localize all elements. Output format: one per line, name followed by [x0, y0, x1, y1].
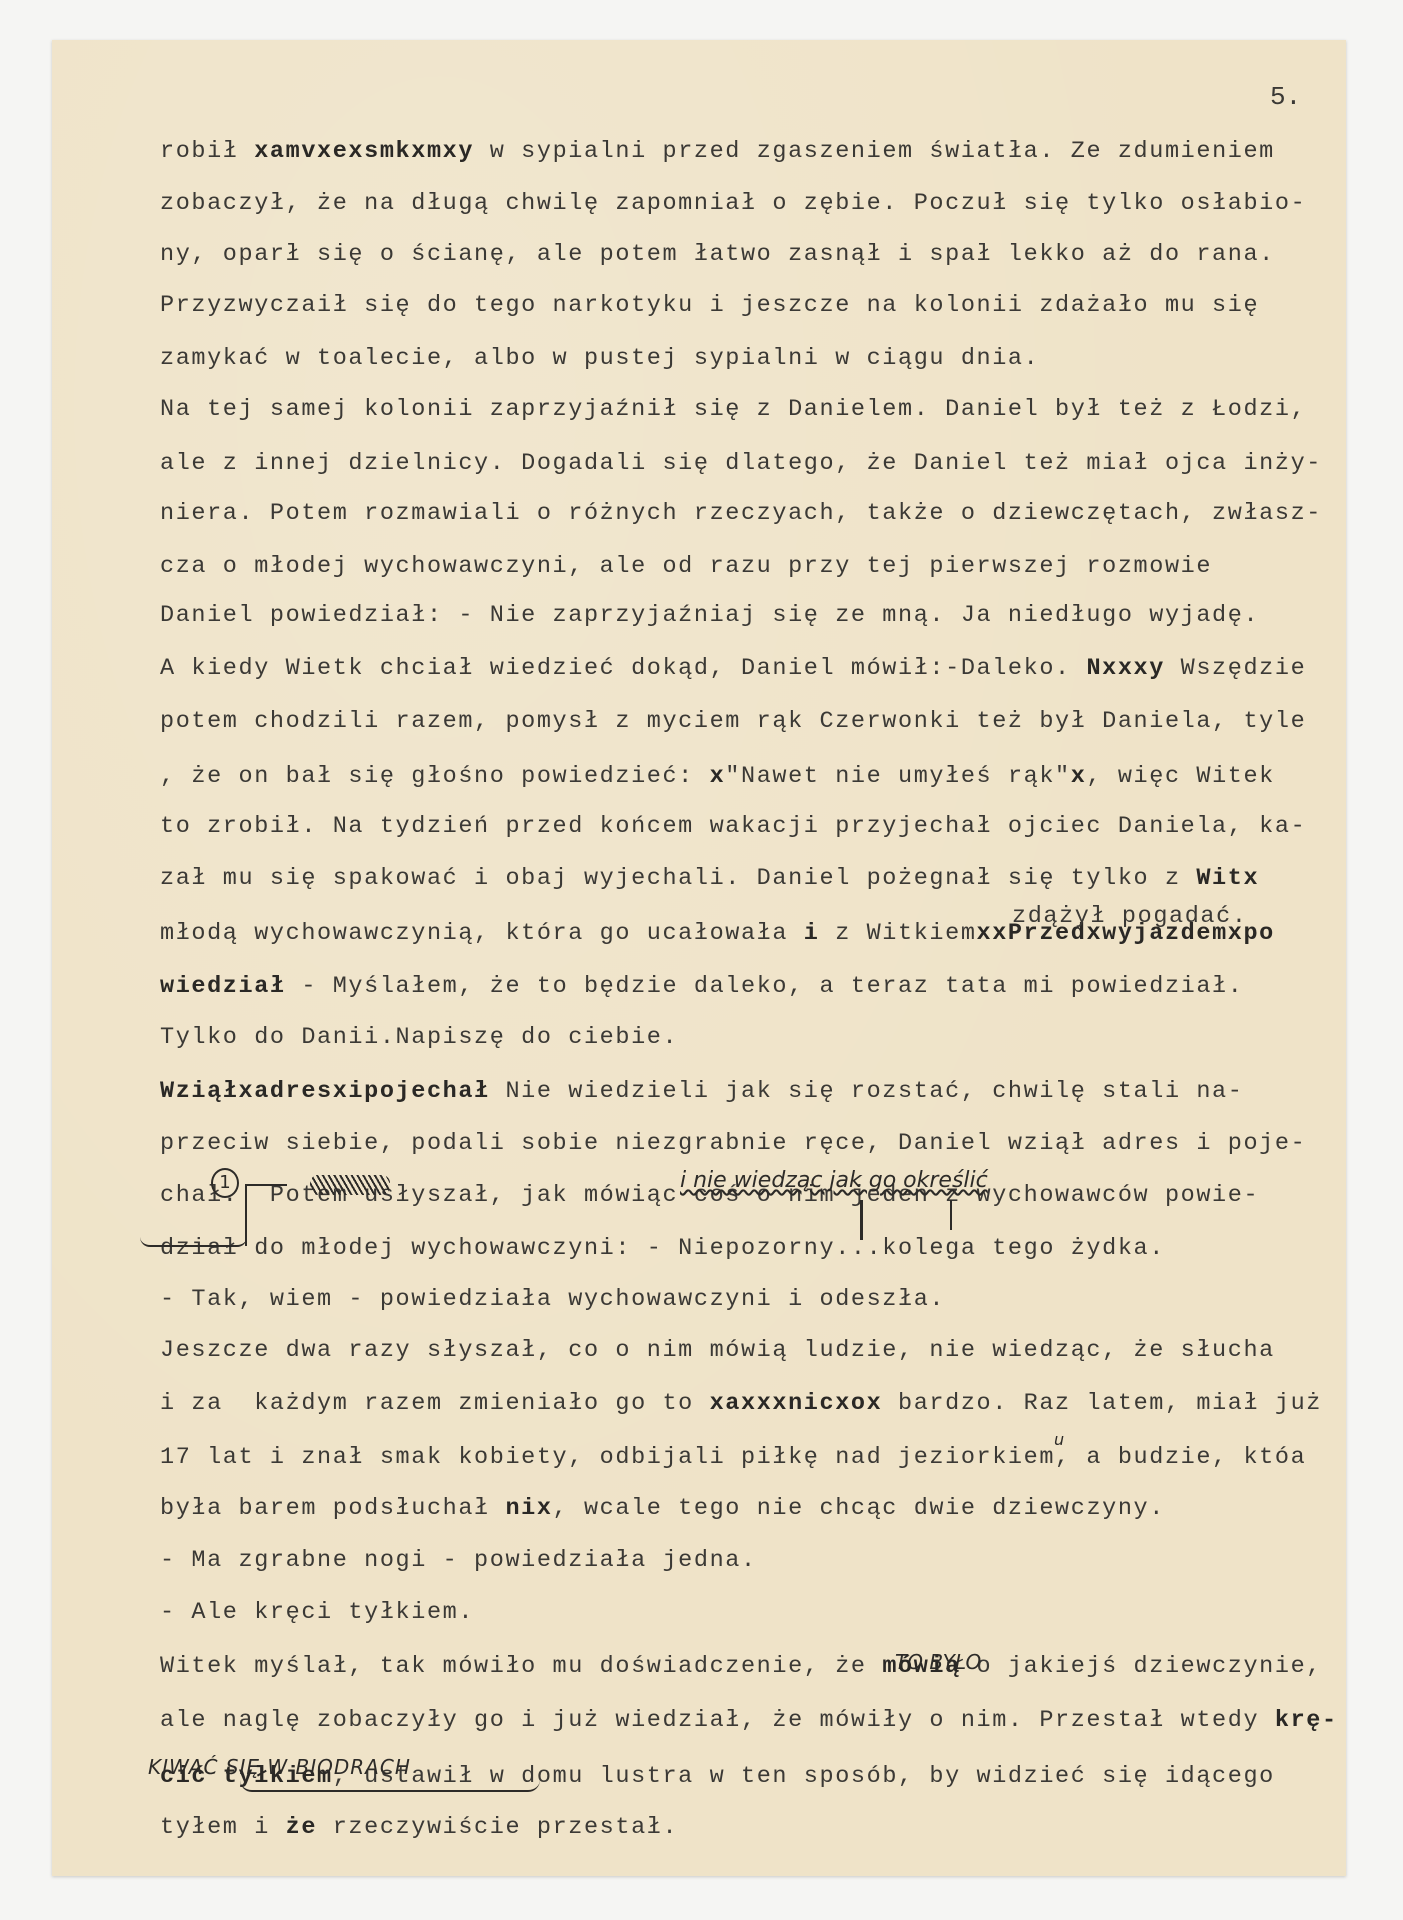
typed-line: była barem podsłuchał nix, wcale tego ni…: [160, 1495, 1165, 1523]
line-text: ny, oparł się o ścianę, ale potem łatwo …: [160, 241, 1275, 268]
struck-out-text: krę-: [1275, 1707, 1338, 1734]
typed-line: ale z innej dzielnicy. Dogadali się dlat…: [160, 450, 1322, 478]
line-text: o jakiejś dziewczynie,: [961, 1653, 1322, 1680]
line-text: - Myślałem, że to będzie daleko, a teraz…: [286, 973, 1244, 1000]
struck-out-text: x: [710, 763, 726, 790]
line-text: , że on bał się głośno powiedzieć:: [160, 763, 710, 790]
line-text: Przyzwyczaił się do tego narkotyku i jes…: [160, 292, 1259, 319]
typed-line: tyłem i że rzeczywiście przestał.: [160, 1814, 678, 1842]
typed-insertion: zdążył pogadać.: [1012, 903, 1248, 931]
typed-line: zamykać w toalecie, albo w pustej sypial…: [160, 345, 1039, 373]
line-text: - Tak, wiem - powiedziała wychowawczyni …: [160, 1286, 945, 1313]
struck-out-text: xaxxxnicxox: [710, 1390, 883, 1417]
line-text: i za każdym razem zmieniało go to: [160, 1390, 710, 1417]
typed-line: - Ale kręci tyłkiem.: [160, 1599, 474, 1627]
line-text: Daniel powiedział: - Nie zaprzyjaźniaj s…: [160, 602, 1259, 629]
line-text: niera. Potem rozmawiali o różnych rzeczy…: [160, 500, 1322, 527]
line-text: przeciw siebie, podali sobie niezgrabnie…: [160, 1130, 1306, 1157]
line-text: cza o młodej wychowawczyni, ale od razu …: [160, 553, 1212, 580]
line-text: Wszędzie: [1165, 655, 1306, 682]
caret-mark-2: [950, 1200, 966, 1230]
struck-out-text: xamvxexsmkxmxy: [254, 138, 474, 165]
handwritten-insertion-2: TO BYŁO: [895, 1650, 981, 1674]
line-text: Witek myślał, tak mówiło mu doświadczeni…: [160, 1653, 882, 1680]
line-text: Na tej samej kolonii zaprzyjaźnił się z …: [160, 396, 1306, 423]
typed-line: wiedział - Myślałem, że to będzie daleko…: [160, 973, 1243, 1001]
line-text: potem chodzili razem, pomysł z myciem rą…: [160, 708, 1306, 735]
typed-line: Wziąłxadresxipojechał Nie wiedzieli jak …: [160, 1078, 1243, 1106]
struck-out-text: Wziąłxadresxipojechał: [160, 1078, 490, 1105]
typed-line: zobaczył, że na długą chwilę zapomniał o…: [160, 190, 1306, 218]
handwritten-insertion-3: KIWAĆ SIĘ W BIODRACH: [148, 1755, 411, 1779]
line-text: była barem podsłuchał: [160, 1495, 505, 1522]
line-text: Tylko do Danii.Napiszę do ciebie.: [160, 1024, 678, 1051]
insertion-3-underline: [240, 1780, 540, 1792]
line-text: robił: [160, 138, 254, 165]
line-text: młodą wychowawczynią, która go ucałowała: [160, 920, 804, 947]
struck-out-text: nix: [505, 1495, 552, 1522]
typed-line: cza o młodej wychowawczyni, ale od razu …: [160, 553, 1212, 581]
typed-line: ny, oparł się o ścianę, ale potem łatwo …: [160, 241, 1275, 269]
struck-out-text: x: [1071, 763, 1087, 790]
line-text: zamykać w toalecie, albo w pustej sypial…: [160, 345, 1039, 372]
line-text: ale naglę zobaczyły go i już wiedział, ż…: [160, 1707, 1275, 1734]
typed-line: Jeszcze dwa razy słyszał, co o nim mówią…: [160, 1337, 1275, 1365]
line-text: zobaczył, że na długą chwilę zapomniał o…: [160, 190, 1306, 217]
typed-line: Tylko do Danii.Napiszę do ciebie.: [160, 1024, 678, 1052]
typed-line: przeciw siebie, podali sobie niezgrabnie…: [160, 1130, 1306, 1158]
typed-line: Witek myślał, tak mówiło mu doświadczeni…: [160, 1653, 1322, 1681]
line-text: w sypialni przed zgaszeniem światła. Ze …: [474, 138, 1275, 165]
page-number: 5.: [1270, 82, 1301, 112]
line-text: rzeczywiście przestał.: [317, 1814, 678, 1841]
line-text: dział do młodej wychowawczyni: - Niepozo…: [160, 1235, 1165, 1262]
typed-line: 17 lat i znał smak kobiety, odbijali pił…: [160, 1444, 1306, 1472]
insertion-underline: [140, 1237, 247, 1247]
line-text: 17 lat i znał smak kobiety, odbijali pił…: [160, 1444, 1306, 1471]
typed-line: dział do młodej wychowawczyni: - Niepozo…: [160, 1235, 1165, 1263]
typed-line: niera. Potem rozmawiali o różnych rzeczy…: [160, 500, 1322, 528]
struck-out-text: że: [286, 1814, 317, 1841]
line-text: Jeszcze dwa razy słyszał, co o nim mówią…: [160, 1337, 1275, 1364]
caret-mark: [860, 1200, 877, 1240]
typed-line: , że on bał się głośno powiedzieć: x"Naw…: [160, 763, 1275, 791]
line-text: - Ma zgrabne nogi - powiedziała jedna.: [160, 1547, 757, 1574]
typed-line: ale naglę zobaczyły go i już wiedział, ż…: [160, 1707, 1338, 1735]
handwritten-insertion-4: u: [1054, 1430, 1064, 1449]
line-text: , wcale tego nie chcąc dwie dziewczyny.: [553, 1495, 1165, 1522]
typed-line: potem chodzili razem, pomysł z myciem rą…: [160, 708, 1306, 736]
scribbled-word: [310, 1175, 390, 1195]
line-text: tyłem i: [160, 1814, 286, 1841]
typed-line: zał mu się spakować i obaj wyjechali. Da…: [160, 865, 1259, 893]
struck-out-text: i: [804, 920, 820, 947]
line-text: bardzo. Raz latem, miał już: [882, 1390, 1322, 1417]
typed-line: to zrobił. Na tydzień przed końcem wakac…: [160, 813, 1306, 841]
typed-line: - Tak, wiem - powiedziała wychowawczyni …: [160, 1286, 945, 1314]
typed-line: Daniel powiedział: - Nie zaprzyjaźniaj s…: [160, 602, 1259, 630]
struck-out-text: Nxxxy: [1086, 655, 1165, 682]
handwritten-insertion-1: i nie wiedząc jak go określić: [680, 1168, 988, 1193]
typed-line: robił xamvxexsmkxmxy w sypialni przed zg…: [160, 138, 1275, 166]
line-text: , więc Witek: [1086, 763, 1274, 790]
line-text: ale z innej dzielnicy. Dogadali się dlat…: [160, 450, 1322, 477]
typed-line: A kiedy Wietk chciał wiedzieć dokąd, Dan…: [160, 655, 1306, 683]
typed-line: Przyzwyczaił się do tego narkotyku i jes…: [160, 292, 1259, 320]
line-text: zał mu się spakować i obaj wyjechali. Da…: [160, 865, 1196, 892]
line-text: "Nawet nie umyłeś rąk": [725, 763, 1070, 790]
line-text: z Witkiem: [820, 920, 977, 947]
typed-line: i za każdym razem zmieniało go to xaxxxn…: [160, 1390, 1322, 1418]
line-text: A kiedy Wietk chciał wiedzieć dokąd, Dan…: [160, 655, 1086, 682]
line-text: Nie wiedzieli jak się rozstać, chwilę st…: [490, 1078, 1244, 1105]
insertion-bracket: [245, 1184, 287, 1246]
handwritten-circle-number: 1: [211, 1168, 239, 1198]
line-text: - Ale kręci tyłkiem.: [160, 1599, 474, 1626]
typed-line: - Ma zgrabne nogi - powiedziała jedna.: [160, 1547, 757, 1575]
struck-out-text: wiedział: [160, 973, 286, 1000]
typed-line: Na tej samej kolonii zaprzyjaźnił się z …: [160, 396, 1306, 424]
line-text: to zrobił. Na tydzień przed końcem wakac…: [160, 813, 1306, 840]
struck-out-text: Witx: [1196, 865, 1259, 892]
